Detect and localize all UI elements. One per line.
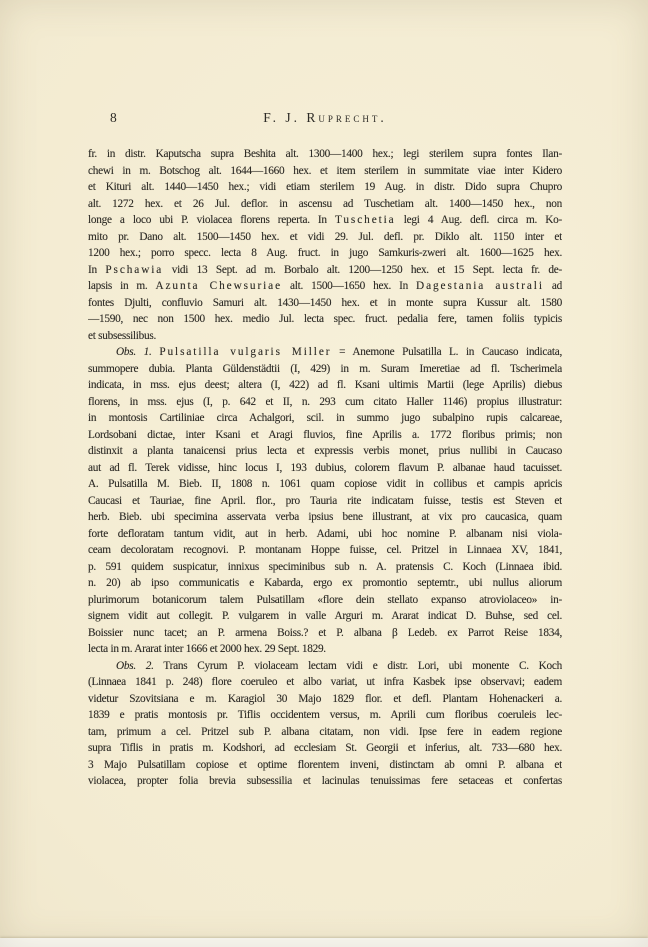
text-line: signem vidit aut collegit. P. vulgarem i… [88, 608, 562, 625]
text-line: lecta in m. Ararat inter 1666 et 2000 he… [88, 641, 562, 658]
text-line: —1590, nec non 1500 hex. medio Jul. lect… [88, 311, 562, 328]
text-line: Caucasi et Tauriae, fine April. flor., p… [88, 493, 562, 510]
text-segment: alt. 1500—1650 hex. In [282, 280, 416, 292]
text-line: herb. Bieb. ubi specimina asservata verb… [88, 509, 562, 526]
text-line: et subsessilibus. [88, 328, 562, 345]
text-line: 1839 e pratis montosis pr. Tiflis occide… [88, 707, 562, 724]
text-line: videtur Szovitsiana e m. Karagiol 30 Maj… [88, 691, 562, 708]
text-line: fontes Djulti, confluvio Samuri alt. 143… [88, 295, 562, 312]
text-segment: vidi 13 Sept. ad m. Borbalo alt. 1200—12… [163, 264, 562, 276]
text-line: (Linnaea 1841 p. 248) flore coeruleo et … [88, 674, 562, 691]
paragraph-obs2: Obs. 2. Trans Cyrum P. violaceam lectam … [88, 658, 562, 790]
obs-label: Obs. 1. [116, 346, 152, 358]
text-line: indicata, in mss. ejus deest; altera (I,… [88, 377, 562, 394]
text-segment: longe a loco ubi P. violacea florens rep… [88, 214, 335, 226]
text-segment: legi 4 Aug. defl. circa m. Ko- [396, 214, 562, 226]
text-line: lapsis in m. Azunta Chewsuriae alt. 1500… [88, 278, 562, 295]
text-line: longe a loco ubi P. violacea florens rep… [88, 212, 562, 229]
text-line: n. 20) ab ipso communicatis e Kabarda, e… [88, 575, 562, 592]
text-line: 3 Majo Pulsatillam copiose et optime flo… [88, 757, 562, 774]
spaced-place-name: Pschawia [105, 264, 163, 276]
text-line: p. 591 quidem suspicatur, innixus specim… [88, 559, 562, 576]
page-header: 8 F. J. Ruprecht. [88, 110, 562, 130]
text-line: forte defloratam tantum vidit, aut in he… [88, 526, 562, 543]
text-line: fr. in distr. Kaputscha supra Beshita al… [88, 146, 562, 163]
text-line: florens, in mss. ejus (I, p. 642 et II, … [88, 394, 562, 411]
text-line: A. Pulsatilla M. Bieb. II, 1808 n. 1061 … [88, 476, 562, 493]
text-line: In Pschawia vidi 13 Sept. ad m. Borbalo … [88, 262, 562, 279]
scanned-book-page: 8 F. J. Ruprecht. fr. in distr. Kaputsch… [0, 0, 648, 947]
text-line: Obs. 2. Trans Cyrum P. violaceam lectam … [88, 658, 562, 675]
text-line: tam, primum a cel. Pritzel sub P. albana… [88, 724, 562, 741]
text-line: et Kituri alt. 1440—1450 hex.; vidi etia… [88, 179, 562, 196]
spaced-place-name: Azunta Chewsuriae [155, 280, 282, 292]
text-segment: lapsis in m. [88, 280, 155, 292]
text-line: ceam decoloratam recognovi. P. montanam … [88, 542, 562, 559]
text-line: violacea, propter folia brevia subsessil… [88, 773, 562, 790]
obs-label: Obs. 2. [116, 660, 154, 672]
text-line: plurimorum botanicorum talem Pulsatillam… [88, 592, 562, 609]
text-line: aut ad fl. Terek vidisse, hinc locus I, … [88, 460, 562, 477]
text-segment: Trans Cyrum P. violaceam lectam vidi e d… [154, 660, 562, 672]
text-line: Lordsobani dictae, inter Ksani et Aragi … [88, 427, 562, 444]
text-segment: ad [544, 280, 562, 292]
text-segment: In [88, 264, 105, 276]
text-line: Obs. 1. Pulsatilla vulgaris Miller = Ane… [88, 344, 562, 361]
text-line: alt. 1272 hex. et 26 Jul. deflor. in asc… [88, 196, 562, 213]
species-name-spaced: Pulsatilla vulgaris Miller [159, 346, 331, 358]
page-number: 8 [110, 110, 117, 126]
text-line: 1200 hex.; porro specc. lecta 8 Aug. fru… [88, 245, 562, 262]
scan-bottom-edge [0, 938, 648, 947]
paragraph-obs1: Obs. 1. Pulsatilla vulgaris Miller = Ane… [88, 344, 562, 658]
spaced-place-name: Tuschetia [335, 214, 396, 226]
paragraph-continuation: fr. in distr. Kaputscha supra Beshita al… [88, 146, 562, 344]
text-line: Boissier nunc tacet; an P. armena Boiss.… [88, 625, 562, 642]
running-head: F. J. Ruprecht. [88, 110, 562, 126]
text-segment: = Anemone Pulsatilla L. in Caucaso indic… [331, 346, 562, 358]
body-text: fr. in distr. Kaputscha supra Beshita al… [88, 146, 562, 790]
spaced-place-name: Dagestania australi [416, 280, 544, 292]
text-line: mito pr. Dano alt. 1500—1450 hex. et vid… [88, 229, 562, 246]
text-line: in montosis Cartiliniae circa Achalgori,… [88, 410, 562, 427]
text-line: distinxit a planta tanaicensi prius lect… [88, 443, 562, 460]
text-line: supra Tiflis in pratis m. Kodshori, ad e… [88, 740, 562, 757]
text-line: chewi in m. Botschog alt. 1644—1660 hex.… [88, 163, 562, 180]
text-line: summopere dubia. Planta Güldenstädtii (I… [88, 361, 562, 378]
